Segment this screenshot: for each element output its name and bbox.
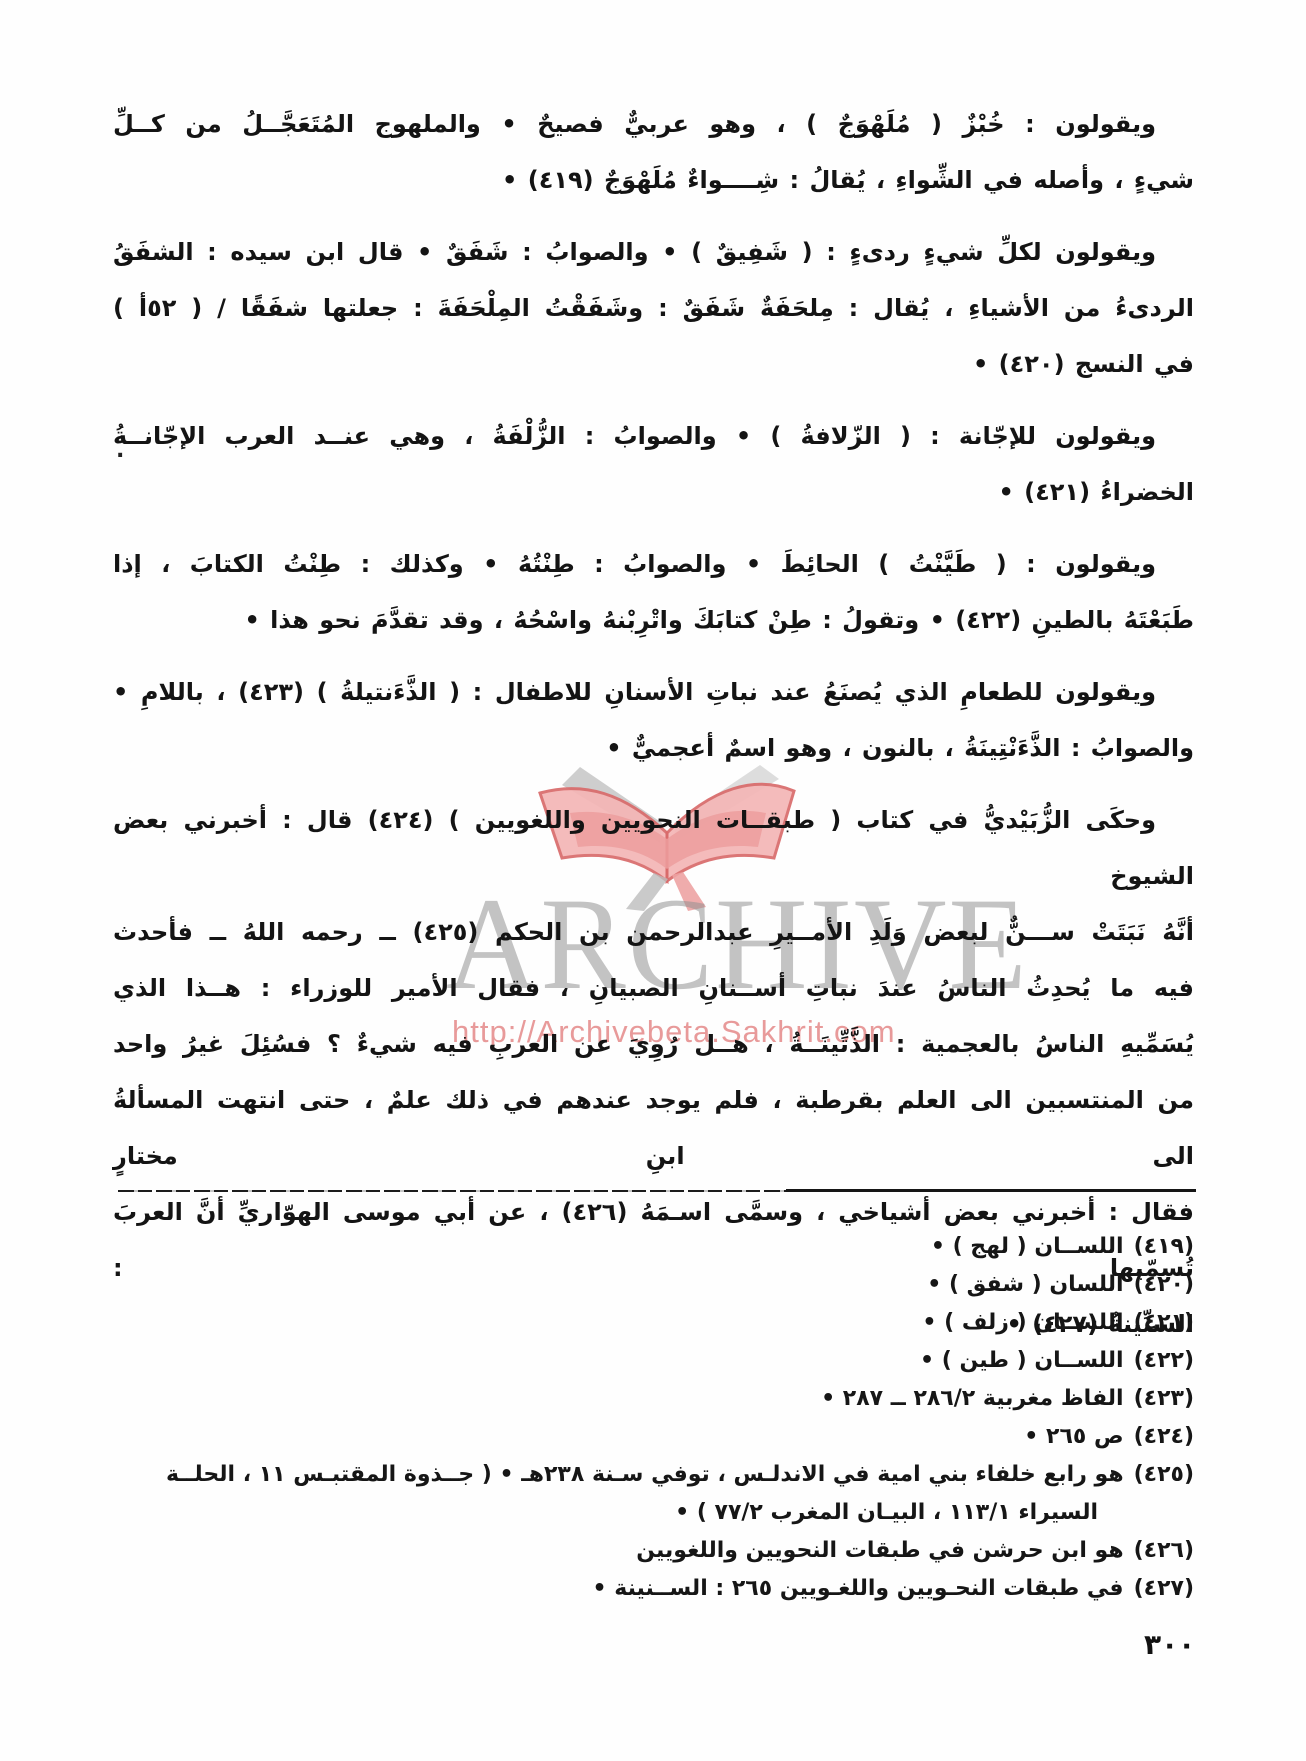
separator-solid-segment [786,1189,1196,1192]
body-line: ويقولون للإجّانة : ( الزّلافةُ ) • والصو… [113,408,1194,464]
footnote-number: (٤٢٢) [1134,1348,1194,1373]
body-line: ويقولون لكلِّ شيءٍ ردىءٍ : ( شَفِيقٌ ) •… [113,224,1194,280]
footnote-text: في طبقات النحـويين واللغـويين ٢٦٥ : السـ… [593,1576,1124,1601]
footnote-423: (٤٢٣)الفاظ مغربية ٢٨٦/٢ ــ ٢٨٧ • [113,1380,1194,1418]
footnote-text: الفاظ مغربية ٢٨٦/٢ ــ ٢٨٧ • [821,1386,1124,1411]
footnote-text: اللسان ( شفق ) • [927,1272,1123,1297]
body-line: ويقولون للطعامِ الذي يُصنَعُ عند نباتِ ا… [113,664,1194,720]
footnote-text: اللســان ( لهج ) • [931,1234,1124,1259]
body-line: في النسج (٤٢٠) • [113,336,1194,392]
footnote-424: (٤٢٤)ص ٢٦٥ • [113,1418,1194,1456]
footnote-number: (٤٢٧) [1134,1576,1194,1601]
footnote-425: (٤٢٥)هو رابع خلفاء بني امية في الاندلـس … [113,1456,1194,1494]
body-line: أنَّهُ نَبَتَتْ ســـنٌّ لبعض وَلَدِ الأم… [113,904,1194,960]
scanned-book-page: ARCHIVE http://Archivebeta.Sakhrit.com و… [0,0,1306,1761]
scan-artifact-dot: . [116,438,124,463]
footnote-421: (٤٢١)اللســان ( زلف ) • [113,1304,1194,1342]
paragraph-1: ويقولون : خُبْزٌ ( مُلَهْوَجٌ ) ، وهو عر… [113,96,1194,208]
footnote-separator-line [118,1189,1196,1193]
body-line: فيه ما يُحدِثُ الناسُ عندَ نباتِ أســنان… [113,960,1194,1016]
footnote-number: (٤٢٠) [1134,1272,1194,1297]
paragraph-3: ويقولون للإجّانة : ( الزّلافةُ ) • والصو… [113,408,1194,520]
body-line: وحكَى الزُّبَيْديُّ في كتاب ( طبقــات ال… [113,792,1194,904]
footnotes-block: (٤١٩)اللســان ( لهج ) • (٤٢٠)اللسان ( شف… [113,1228,1194,1608]
body-line: يُسَمِّيهِ الناسُ بالعجمية : الذَّتِّينَ… [113,1016,1194,1072]
footnote-427: (٤٢٧)في طبقات النحـويين واللغـويين ٢٦٥ :… [113,1570,1194,1608]
body-line: ويقولون : ( طَيَّنْتُ ) الحائِطَ • والصو… [113,536,1194,592]
body-line: الخضراءُ (٤٢١) • [113,464,1194,520]
footnote-425-continuation: السيراء ١١٣/١ ، البيـان المغرب ٧٧/٢ ) • [113,1494,1194,1532]
footnote-text: ص ٢٦٥ • [1024,1424,1123,1449]
page-body-text: ويقولون : خُبْزٌ ( مُلَهْوَجٌ ) ، وهو عر… [113,96,1194,1368]
footnote-text: هو رابع خلفاء بني امية في الاندلـس ، توف… [166,1462,1124,1487]
footnote-number: (٤٢٦) [1134,1538,1194,1563]
separator-dashed-segment [118,1190,786,1192]
body-line: الردىءُ من الأشياءِ ، يُقال : مِلحَفَةٌ … [113,280,1194,336]
paragraph-2: ويقولون لكلِّ شيءٍ ردىءٍ : ( شَفِيقٌ ) •… [113,224,1194,392]
footnote-419: (٤١٩)اللســان ( لهج ) • [113,1228,1194,1266]
body-line: طَبَعْتَهُ بالطينِ (٤٢٢) • وتقولُ : طِنْ… [113,592,1194,648]
page-number: ٣٠٠ [1144,1628,1195,1661]
body-line: من المنتسبين الى العلم بقرطبة ، فلم يوجد… [113,1072,1194,1184]
footnote-text: السيراء ١١٣/١ ، البيـان المغرب ٧٧/٢ ) • [675,1500,1098,1525]
footnote-420: (٤٢٠)اللسان ( شفق ) • [113,1266,1194,1304]
body-line: والصوابُ : الذَّءَنْتِينَةُ ، بالنون ، و… [113,720,1194,776]
footnote-number: (٤٢١) [1134,1310,1194,1335]
footnote-text: هو ابن حرشن في طبقات النحويين واللغويين [636,1538,1123,1563]
footnote-number: (٤٢٤) [1134,1424,1194,1449]
footnote-text: اللســان ( زلف ) • [922,1310,1123,1335]
paragraph-4: ويقولون : ( طَيَّنْتُ ) الحائِطَ • والصو… [113,536,1194,648]
footnote-number: (٤١٩) [1134,1234,1194,1259]
body-line: شيءٍ ، وأصله في الشِّواءِ ، يُقالُ : شِـ… [113,152,1194,208]
footnote-number: (٤٢٥) [1134,1462,1194,1487]
paragraph-5: ويقولون للطعامِ الذي يُصنَعُ عند نباتِ ا… [113,664,1194,776]
footnote-426: (٤٢٦)هو ابن حرشن في طبقات النحويين واللغ… [113,1532,1194,1570]
footnote-text: اللســان ( طين ) • [920,1348,1124,1373]
footnote-number: (٤٢٣) [1134,1386,1194,1411]
footnote-422: (٤٢٢)اللســان ( طين ) • [113,1342,1194,1380]
body-line: ويقولون : خُبْزٌ ( مُلَهْوَجٌ ) ، وهو عر… [113,96,1194,152]
